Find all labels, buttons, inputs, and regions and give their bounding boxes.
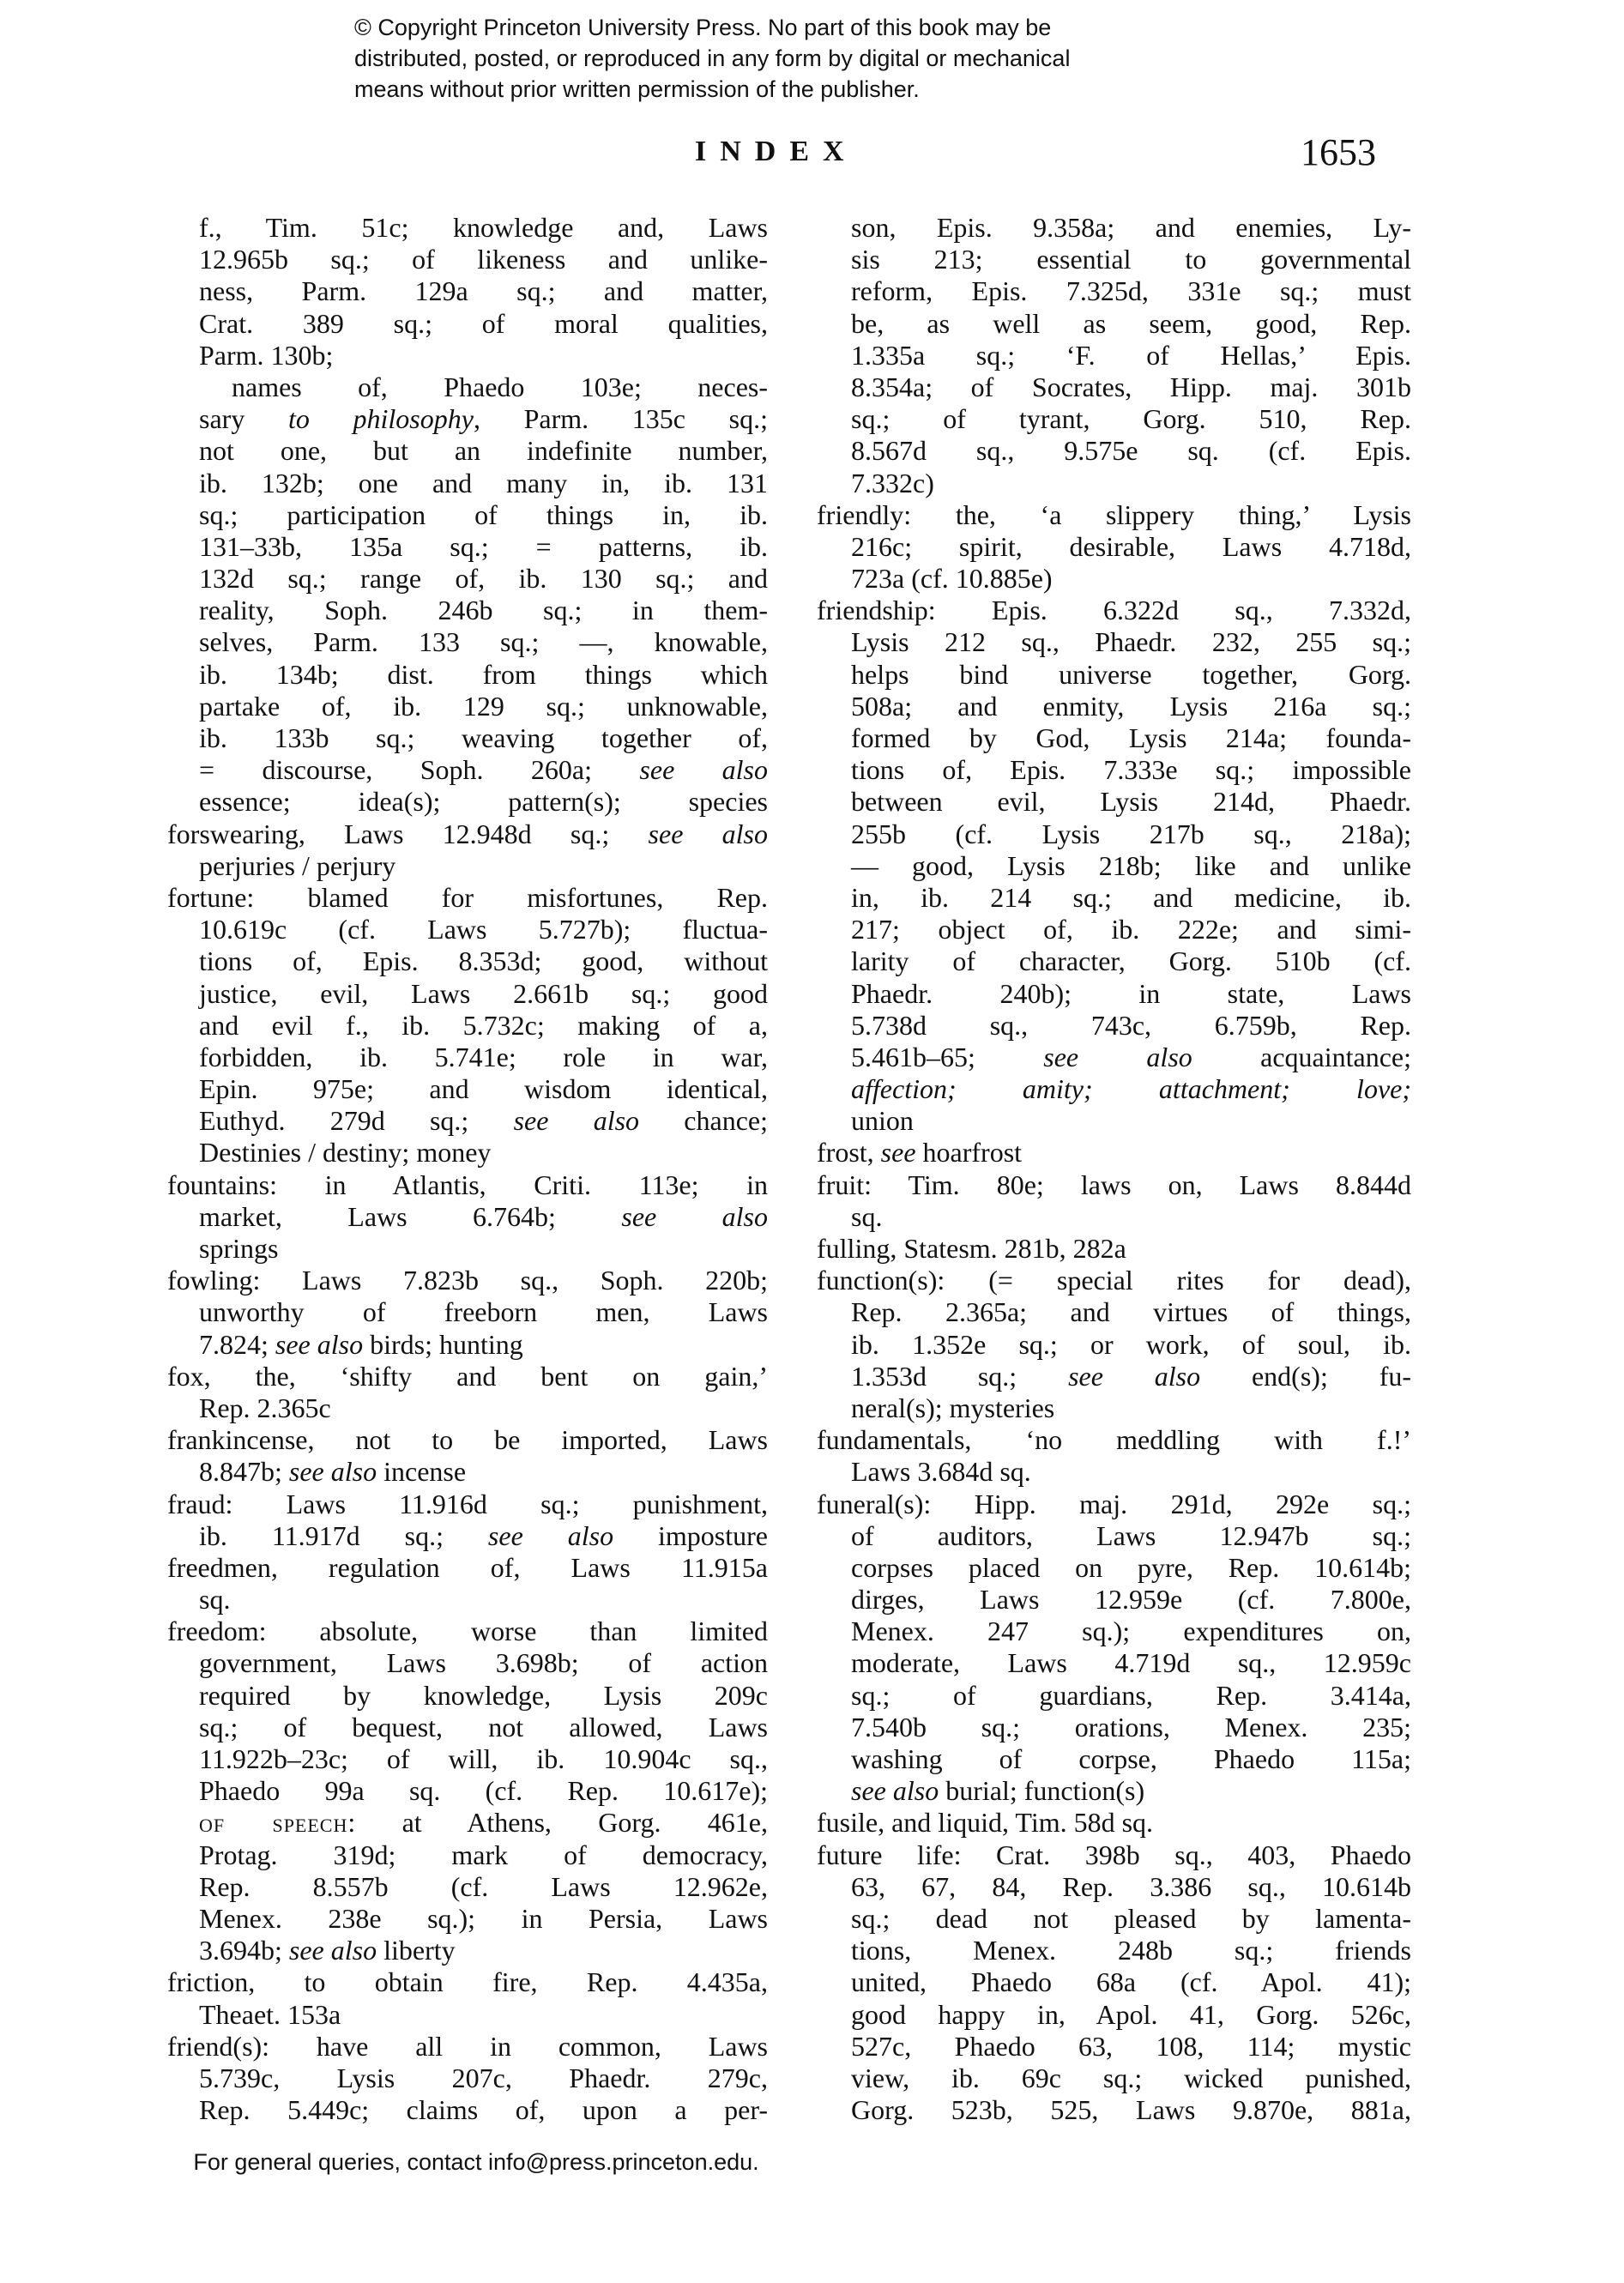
entry-text: son, Epis. 9.358a; and enemies, Ly- [851,212,1411,243]
index-entry-line: united, Phaedo 68a (cf. Apol. 41); [817,1966,1411,1998]
index-entry-line: tions, Menex. 248b sq.; friends [817,1935,1411,1966]
entry-text: = discourse, Soph. 260a; [199,754,639,785]
entry-text: sq.; dead not pleased by lamenta- [851,1903,1411,1934]
index-entry-line: sary to philosophy, Parm. 135c sq.; [167,403,768,435]
entry-text: Gorg. 523b, 525, Laws 9.870e, 881a, [851,2094,1411,2125]
index-entry-line: unworthy of freeborn men, Laws [167,1296,768,1328]
entry-text: 527c, Phaedo 63, 108, 114; mystic [851,2031,1411,2062]
index-entry-line: Crat. 389 sq.; of moral qualities, [167,308,768,340]
index-entry-line: Euthyd. 279d sq.; see also chance; [167,1105,768,1137]
entry-text: imposture [613,1520,768,1551]
italic-text: see also [1068,1361,1200,1392]
index-entry-line: 10.619c (cf. Laws 5.727b); fluctua- [167,914,768,945]
entry-text: sq.; of tyrant, Gorg. 510, Rep. [851,403,1411,434]
entry-text: ib. 11.917d sq.; [199,1520,488,1551]
entry-text: in, ib. 214 sq.; and medicine, ib. [851,882,1411,913]
entry-text: larity of character, Gorg. 510b (cf. [851,945,1411,976]
entry-text: Theaet. 153a [199,1999,341,2030]
index-entry-line: of speech: at Athens, Gorg. 461e, [167,1807,768,1839]
entry-text: perjuries / perjury [199,850,395,881]
index-entry-line: between evil, Lysis 214d, Phaedr. [817,786,1411,818]
entry-text: partake of, ib. 129 sq.; unknowable, [199,691,768,722]
entry-text: moderate, Laws 4.719d sq., 12.959c [851,1647,1411,1678]
index-entry-heading-line: friend(s): have all in common, Laws [167,2031,768,2063]
index-entry-line: sq.; participation of things in, ib. [167,499,768,531]
entry-text: ness, Parm. 129a sq.; and matter, [199,275,768,306]
entry-text: fortune: blamed for misfortunes, Rep. [167,882,768,913]
copyright-line: © Copyright Princeton University Press. … [354,12,1212,43]
entry-text: ib. 1.352e sq.; or work, of soul, ib. [851,1329,1411,1360]
entry-text: formed by God, Lysis 214a; founda- [851,722,1411,753]
index-entry-heading-line: fountains: in Atlantis, Criti. 113e; in [167,1169,768,1201]
index-entry-line: 527c, Phaedo 63, 108, 114; mystic [817,2031,1411,2063]
index-entry-line: justice, evil, Laws 2.661b sq.; good [167,978,768,1010]
entry-text: Parm. 130b; [199,340,333,371]
index-entry-line: 1.353d sq.; see also end(s); fu- [817,1361,1411,1392]
entry-text: chance; [639,1105,768,1136]
entry-text: view, ib. 69c sq.; wicked punished, [851,2063,1411,2093]
index-entry-heading-line: fruit: Tim. 80e; laws on, Laws 8.844d [817,1169,1411,1201]
copyright-notice: © Copyright Princeton University Press. … [354,12,1212,105]
index-entry-heading-line: fox, the, ‘shifty and bent on gain,’ [167,1361,768,1392]
entry-text: forbidden, ib. 5.741e; role in war, [199,1042,768,1072]
entry-text: 7.824; [199,1329,275,1360]
index-entry-line: of auditors, Laws 12.947b sq.; [817,1520,1411,1552]
index-entry-line: — good, Lysis 218b; like and unlike [817,850,1411,882]
index-entry-line: sq. [167,1584,768,1616]
entry-text: 217; object of, ib. 222e; and simi- [851,914,1411,945]
entry-text: required by knowledge, Lysis 209c [199,1680,768,1711]
index-entry-line: market, Laws 6.764b; see also [167,1201,768,1233]
index-entry-line: view, ib. 69c sq.; wicked punished, [817,2063,1411,2094]
entry-text: between evil, Lysis 214d, Phaedr. [851,786,1411,817]
page-title: INDEX [695,136,858,168]
index-entry-line: 12.965b sq.; of likeness and unlike- [167,244,768,275]
footer-contact: For general queries, contact info@press.… [0,2149,952,2176]
entry-text: Rep. 8.557b (cf. Laws 12.962e, [199,1871,768,1902]
index-entry-line: 8.567d sq., 9.575e sq. (cf. Epis. [817,435,1411,467]
index-entry-line: Rep. 2.365c [167,1392,768,1424]
entry-text: fundamentals, ‘no meddling with f.!’ [817,1424,1411,1455]
entry-text: corpses placed on pyre, Rep. 10.614b; [851,1552,1411,1583]
entry-text: 5.461b–65; [851,1042,1043,1072]
running-head: INDEX 1653 [0,136,1624,178]
index-entry-heading-line: fundamentals, ‘no meddling with f.!’ [817,1424,1411,1456]
index-entry-heading-line: fowling: Laws 7.823b sq., Soph. 220b; [167,1265,768,1296]
entry-text: unworthy of freeborn men, Laws [199,1296,768,1327]
entry-text: Rep. 5.449c; claims of, upon a per- [199,2094,768,2125]
index-entry-line: 216c; spirit, desirable, Laws 4.718d, [817,531,1411,563]
entry-text: springs [199,1233,278,1264]
entry-text: Epin. 975e; and wisdom identical, [199,1073,768,1104]
entry-text: 5.739c, Lysis 207c, Phaedr. 279c, [199,2063,768,2093]
index-entry-line: sq. [817,1201,1411,1233]
index-entry-line: perjuries / perjury [167,850,768,882]
entry-text: 8.354a; of Socrates, Hipp. maj. 301b [851,371,1411,402]
italic-text: see also [649,818,768,849]
entry-text: Rep. 2.365a; and virtues of things, [851,1296,1411,1327]
entry-text: government, Laws 3.698b; of action [199,1647,768,1678]
entry-text: fusile, and liquid, Tim. 58d sq. [817,1807,1153,1838]
entry-text: Phaedo 99a sq. (cf. Rep. 10.617e); [199,1775,768,1806]
entry-text: sq. [199,1584,230,1615]
entry-text: tions, Menex. 248b sq.; friends [851,1935,1411,1966]
index-entry-line: and evil f., ib. 5.732c; making of a, [167,1010,768,1042]
index-entry-heading-line: freedom: absolute, worse than limited [167,1616,768,1647]
italic-text: see also [851,1775,939,1806]
index-entry-line: 5.739c, Lysis 207c, Phaedr. 279c, [167,2063,768,2094]
entry-text: friendship: Epis. 6.322d sq., 7.332d, [817,595,1411,625]
index-entry-line: forbidden, ib. 5.741e; role in war, [167,1042,768,1073]
entry-text: Euthyd. 279d sq.; [199,1105,514,1136]
italic-text: see also [621,1201,768,1232]
entry-text: fulling, Statesm. 281b, 282a [817,1233,1126,1264]
entry-text: frost, [817,1137,881,1168]
index-entry-heading-line: fusile, and liquid, Tim. 58d sq. [817,1807,1411,1839]
index-entry-line: washing of corpse, Phaedo 115a; [817,1743,1411,1775]
entry-text: 63, 67, 84, Rep. 3.386 sq., 10.614b [851,1871,1411,1902]
entry-text: fox, the, ‘shifty and bent on gain,’ [167,1361,768,1392]
entry-text: sq. [851,1201,882,1232]
entry-text: hoarfrost [916,1137,1023,1168]
entry-text: friendly: the, ‘a slippery thing,’ Lysis [817,499,1411,530]
index-entry-line: Theaet. 153a [167,1999,768,2031]
index-entry-heading-line: friendly: the, ‘a slippery thing,’ Lysis [817,499,1411,531]
index-entry-line: Menex. 247 sq.); expenditures on, [817,1616,1411,1647]
entry-text: sis 213; essential to governmental [851,244,1411,275]
entry-text: funeral(s): Hipp. maj. 291d, 292e sq.; [817,1489,1411,1519]
index-entry-line: corpses placed on pyre, Rep. 10.614b; [817,1552,1411,1584]
entry-text: Protag. 319d; mark of democracy, [199,1839,768,1870]
entry-text: 255b (cf. Lysis 217b sq., 218a); [851,818,1411,849]
index-entry-line: 1.335a sq.; ‘F. of Hellas,’ Epis. [817,340,1411,371]
entry-text: end(s); fu- [1200,1361,1411,1392]
entry-text: justice, evil, Laws 2.661b sq.; good [199,978,768,1009]
entry-text: Menex. 238e sq.); in Persia, Laws [199,1903,768,1934]
entry-text: Phaedr. 240b); in state, Laws [851,978,1411,1009]
entry-text: 5.738d sq., 743c, 6.759b, Rep. [851,1010,1411,1041]
entry-text: sary [199,403,288,434]
index-entry-line: Protag. 319d; mark of democracy, [167,1839,768,1871]
index-entry-line: sq.; of guardians, Rep. 3.414a, [817,1680,1411,1712]
copyright-line: distributed, posted, or reproduced in an… [354,43,1212,74]
entry-text: forswearing, Laws 12.948d sq.; [167,818,649,849]
index-entry-line: 723a (cf. 10.885e) [817,563,1411,595]
italic-text: see also [639,754,768,785]
index-entry-line: 11.922b–23c; of will, ib. 10.904c sq., [167,1743,768,1775]
index-entry-line: springs [167,1233,768,1265]
index-entry-line: 8.354a; of Socrates, Hipp. maj. 301b [817,371,1411,403]
index-entry-line: ib. 11.917d sq.; see also imposture [167,1520,768,1552]
index-entry-line: tions of, Epis. 8.353d; good, without [167,945,768,977]
entry-text: 132d sq.; range of, ib. 130 sq.; and [199,563,768,594]
index-entry-line: see also burial; function(s) [817,1775,1411,1807]
entry-text: neral(s); mysteries [851,1392,1054,1423]
entry-text: reality, Soph. 246b sq.; in them- [199,595,768,625]
entry-text: sq.; of bequest, not allowed, Laws [199,1712,768,1742]
entry-text: fruit: Tim. 80e; laws on, Laws 8.844d [817,1169,1411,1200]
entry-text: friction, to obtain fire, Rep. 4.435a, [167,1966,768,1997]
copyright-line: means without prior written permission o… [354,74,1212,105]
entry-text: , Parm. 135c sq.; [474,403,768,434]
entry-text: 131–33b, 135a sq.; = patterns, ib. [199,531,768,562]
index-entry-line: son, Epis. 9.358a; and enemies, Ly- [817,212,1411,244]
index-entry-line: larity of character, Gorg. 510b (cf. [817,945,1411,977]
index-entry-line: Epin. 975e; and wisdom identical, [167,1073,768,1105]
entry-text: 11.922b–23c; of will, ib. 10.904c sq., [199,1743,768,1774]
entry-text: of auditors, Laws 12.947b sq.; [851,1520,1411,1551]
entry-text: 7.332c) [851,468,934,498]
entry-text: Crat. 389 sq.; of moral qualities, [199,308,768,339]
entry-text: and evil f., ib. 5.732c; making of a, [199,1010,768,1041]
index-entry-line: union [817,1105,1411,1137]
index-entry-heading-line: future life: Crat. 398b sq., 403, Phaedo [817,1839,1411,1871]
index-entry-heading-line: fortune: blamed for misfortunes, Rep. [167,882,768,914]
entry-text: 7.540b sq.; orations, Menex. 235; [851,1712,1411,1742]
index-entry-line: Phaedo 99a sq. (cf. Rep. 10.617e); [167,1775,768,1807]
index-entry-heading-line: forswearing, Laws 12.948d sq.; see also [167,818,768,850]
index-entry-line: selves, Parm. 133 sq.; —, knowable, [167,626,768,658]
entry-text: fowling: Laws 7.823b sq., Soph. 220b; [167,1265,768,1296]
index-entry-heading-line: funeral(s): Hipp. maj. 291d, 292e sq.; [817,1489,1411,1520]
entry-text: reform, Epis. 7.325d, 331e sq.; must [851,275,1411,306]
entry-text: not one, but an indefinite number, [199,435,768,466]
italic-text: to philosophy [288,403,474,434]
entry-text: tions of, Epis. 7.333e sq.; impossible [851,754,1411,785]
entry-text: 8.847b; [199,1456,289,1487]
entry-text: sq.; of guardians, Rep. 3.414a, [851,1680,1411,1711]
index-entry-line: 5.461b–65; see also acquaintance; [817,1042,1411,1073]
italic-text: see also [289,1935,377,1966]
index-entry-heading-line: function(s): (= special rites for dead), [817,1265,1411,1296]
index-entry-line: formed by God, Lysis 214a; founda- [817,722,1411,754]
entry-text: freedmen, regulation of, Laws 11.915a [167,1552,768,1583]
index-entry-line: sq.; dead not pleased by lamenta- [817,1903,1411,1935]
index-column-right: son, Epis. 9.358a; and enemies, Ly-sis 2… [817,212,1411,2126]
index-entry-line: ib. 133b sq.; weaving together of, [167,722,768,754]
entry-text: Menex. 247 sq.); expenditures on, [851,1616,1411,1646]
index-entry-line: 7.540b sq.; orations, Menex. 235; [817,1712,1411,1743]
index-entry-heading-line: freedmen, regulation of, Laws 11.915a [167,1552,768,1584]
index-entry-line: 255b (cf. Lysis 217b sq., 218a); [817,818,1411,850]
entry-text: good happy in, Apol. 41, Gorg. 526c, [851,1999,1411,2030]
entry-text: united, Phaedo 68a (cf. Apol. 41); [851,1966,1411,1997]
index-entry-line: Parm. 130b; [167,340,768,371]
index-entry-line: essence; idea(s); pattern(s); species [167,786,768,818]
index-entry-heading-line: frost, see hoarfrost [817,1137,1411,1169]
entry-text: washing of corpse, Phaedo 115a; [851,1743,1411,1774]
index-entry-heading-line: fraud: Laws 11.916d sq.; punishment, [167,1489,768,1520]
index-entry-line: good happy in, Apol. 41, Gorg. 526c, [817,1999,1411,2031]
index-entry-line: 217; object of, ib. 222e; and simi- [817,914,1411,945]
index-entry-line: Phaedr. 240b); in state, Laws [817,978,1411,1010]
entry-text: 10.619c (cf. Laws 5.727b); fluctua- [199,914,768,945]
entry-text: function(s): (= special rites for dead), [817,1265,1411,1296]
italic-text: see also [289,1456,377,1487]
entry-text: fountains: in Atlantis, Criti. 113e; in [167,1169,768,1200]
entry-text: essence; idea(s); pattern(s); species [199,786,768,817]
entry-text: selves, Parm. 133 sq.; —, knowable, [199,626,768,657]
index-entry-line: moderate, Laws 4.719d sq., 12.959c [817,1647,1411,1679]
entry-text: fraud: Laws 11.916d sq.; punishment, [167,1489,768,1519]
index-entry-line: required by knowledge, Lysis 209c [167,1680,768,1712]
italic-text: see also [275,1329,363,1360]
index-entry-line: 7.332c) [817,468,1411,499]
index-entry-line: 63, 67, 84, Rep. 3.386 sq., 10.614b [817,1871,1411,1903]
entry-text: friend(s): have all in common, Laws [167,2031,768,2062]
entry-text: — good, Lysis 218b; like and unlike [851,850,1411,881]
index-entry-heading-line: frankincense, not to be imported, Laws [167,1424,768,1456]
entry-text: Rep. 2.365c [199,1392,331,1423]
entry-text: 1.353d sq.; [851,1361,1068,1392]
entry-text: 12.965b sq.; of likeness and unlike- [199,244,768,275]
index-entry-line: 3.694b; see also liberty [167,1935,768,1966]
index-entry-line: names of, Phaedo 103e; neces- [167,371,768,403]
entry-text: 3.694b; [199,1935,289,1966]
index-entry-line: 8.847b; see also incense [167,1456,768,1488]
index-entry-line: 132d sq.; range of, ib. 130 sq.; and [167,563,768,595]
italic-text: see also [514,1105,639,1136]
index-entry-line: ib. 1.352e sq.; or work, of soul, ib. [817,1329,1411,1361]
entry-text: Lysis 212 sq., Phaedr. 232, 255 sq.; [851,626,1411,657]
entry-text: 216c; spirit, desirable, Laws 4.718d, [851,531,1411,562]
entry-text: 1.335a sq.; ‘F. of Hellas,’ Epis. [851,340,1411,371]
small-caps-text: of speech [199,1807,347,1838]
page-number: 1653 [1301,130,1376,174]
index-entry-line: Rep. 2.365a; and virtues of things, [817,1296,1411,1328]
index-entry-line: sis 213; essential to governmental [817,244,1411,275]
entry-text: acquaintance; [1192,1042,1411,1072]
index-entry-line: Rep. 8.557b (cf. Laws 12.962e, [167,1871,768,1903]
entry-text: union [851,1105,914,1136]
index-entry-line: ib. 132b; one and many in, ib. 131 [167,468,768,499]
index-entry-line: 131–33b, 135a sq.; = patterns, ib. [167,531,768,563]
index-entry-line: partake of, ib. 129 sq.; unknowable, [167,691,768,722]
entry-text: burial; function(s) [939,1775,1144,1806]
entry-text: 723a (cf. 10.885e) [851,563,1053,594]
index-entry-line: Lysis 212 sq., Phaedr. 232, 255 sq.; [817,626,1411,658]
index-entry-line: reality, Soph. 246b sq.; in them- [167,595,768,626]
entry-text: liberty [377,1935,456,1966]
entry-text: birds; hunting [363,1329,523,1360]
entry-text: dirges, Laws 12.959e (cf. 7.800e, [851,1584,1411,1615]
index-entry-line: neral(s); mysteries [817,1392,1411,1424]
entry-text: ib. 134b; dist. from things which [199,659,768,690]
index-entry-line: not one, but an indefinite number, [167,435,768,467]
index-entry-line: sq.; of bequest, not allowed, Laws [167,1712,768,1743]
index-entry-line: Rep. 5.449c; claims of, upon a per- [167,2094,768,2126]
index-column-left: f., Tim. 51c; knowledge and, Laws12.965b… [167,212,768,2126]
entry-text: 8.567d sq., 9.575e sq. (cf. Epis. [851,435,1411,466]
entry-text: market, Laws 6.764b; [199,1201,621,1232]
italic-text: affection; amity; attachment; love; [851,1073,1411,1104]
italic-text: see [881,1137,916,1168]
index-entry-line: 7.824; see also birds; hunting [167,1329,768,1361]
italic-text: see also [488,1520,613,1551]
index-entry-line: 5.738d sq., 743c, 6.759b, Rep. [817,1010,1411,1042]
entry-text: 508a; and enmity, Lysis 216a sq.; [851,691,1411,722]
entry-text: ib. 133b sq.; weaving together of, [199,722,768,753]
index-entry-heading-line: friendship: Epis. 6.322d sq., 7.332d, [817,595,1411,626]
index-entry-line: reform, Epis. 7.325d, 331e sq.; must [817,275,1411,307]
index-entry-line: Destinies / destiny; money [167,1137,768,1169]
entry-text: Laws 3.684d sq. [851,1456,1031,1487]
index-entry-line: = discourse, Soph. 260a; see also [167,754,768,786]
index-entry-line: affection; amity; attachment; love; [817,1073,1411,1105]
entry-text: sq.; participation of things in, ib. [199,499,768,530]
entry-text: incense [377,1456,466,1487]
entry-text: helps bind universe together, Gorg. [851,659,1411,690]
index-entry-line: Laws 3.684d sq. [817,1456,1411,1488]
index-entry-line: sq.; of tyrant, Gorg. 510, Rep. [817,403,1411,435]
entry-text: freedom: absolute, worse than limited [167,1616,768,1646]
entry-text: f., Tim. 51c; knowledge and, Laws [199,212,768,243]
index-entry-heading-line: friction, to obtain fire, Rep. 4.435a, [167,1966,768,1998]
index-entry-line: Gorg. 523b, 525, Laws 9.870e, 881a, [817,2094,1411,2126]
index-entry-line: ness, Parm. 129a sq.; and matter, [167,275,768,307]
index-entry-line: Menex. 238e sq.); in Persia, Laws [167,1903,768,1935]
italic-text: see also [1043,1042,1192,1072]
index-entry-line: helps bind universe together, Gorg. [817,659,1411,691]
index-entry-line: government, Laws 3.698b; of action [167,1647,768,1679]
index-entry-line: dirges, Laws 12.959e (cf. 7.800e, [817,1584,1411,1616]
entry-text: : at Athens, Gorg. 461e, [347,1807,768,1838]
entry-text: tions of, Epis. 8.353d; good, without [199,945,768,976]
entry-text: names of, Phaedo 103e; neces- [232,371,768,402]
entry-text: be, as well as seem, good, Rep. [851,308,1411,339]
index-entry-line: be, as well as seem, good, Rep. [817,308,1411,340]
index-entry-line: f., Tim. 51c; knowledge and, Laws [167,212,768,244]
index-entry-line: in, ib. 214 sq.; and medicine, ib. [817,882,1411,914]
entry-text: future life: Crat. 398b sq., 403, Phaedo [817,1839,1411,1870]
entry-text: Destinies / destiny; money [199,1137,491,1168]
entry-text: frankincense, not to be imported, Laws [167,1424,768,1455]
index-entry-line: ib. 134b; dist. from things which [167,659,768,691]
index-entry-heading-line: fulling, Statesm. 281b, 282a [817,1233,1411,1265]
index-entry-line: 508a; and enmity, Lysis 216a sq.; [817,691,1411,722]
entry-text: ib. 132b; one and many in, ib. 131 [199,468,768,498]
index-entry-line: tions of, Epis. 7.333e sq.; impossible [817,754,1411,786]
